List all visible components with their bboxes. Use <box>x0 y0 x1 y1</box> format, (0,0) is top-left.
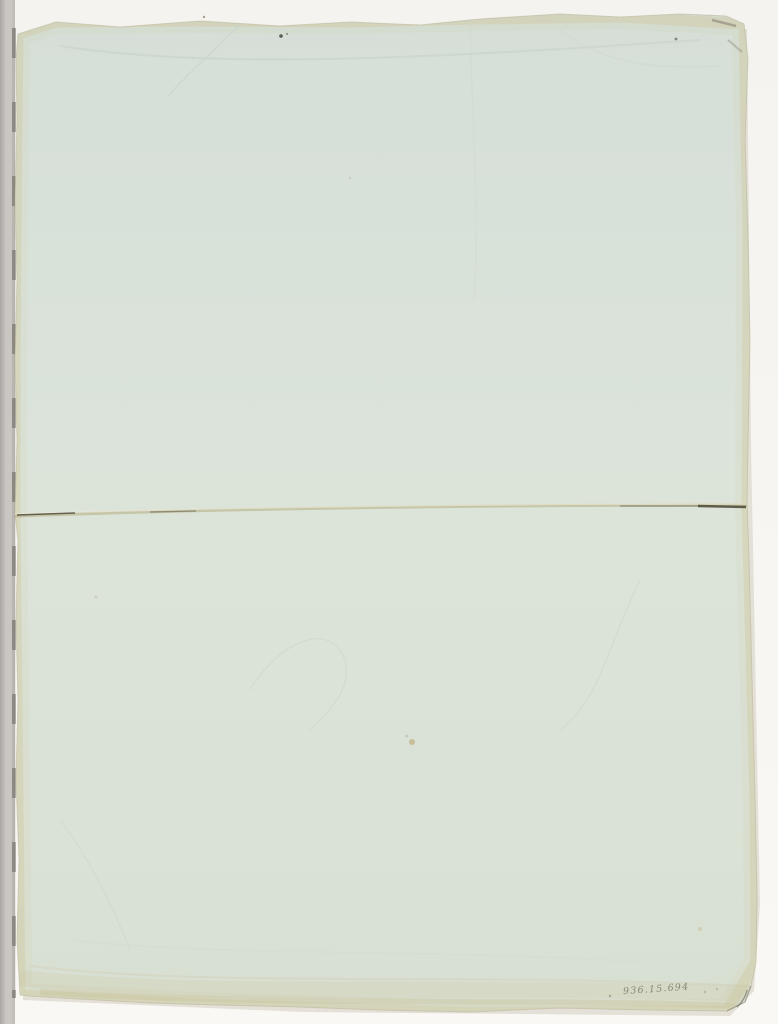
photograph-of-album-sheet: 936.15.694 <box>0 0 778 1024</box>
paper-sheet-graphic <box>0 0 778 1024</box>
